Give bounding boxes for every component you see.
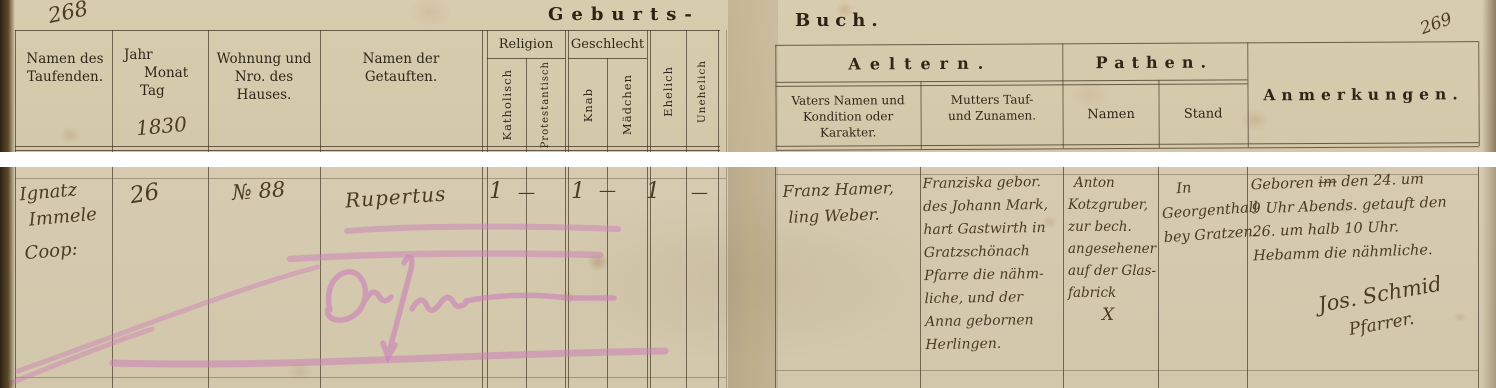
scanned-register-spread: 268 Geburts- Buch. 269 Namen d [0,0,1496,388]
left-page-number: 268 [46,0,90,28]
book-title-right: Buch. [795,10,884,31]
year-handwritten: 1830 [135,112,188,140]
group-header-religion: Religion [487,36,565,54]
entry-taufender: Ignatz Immele Coop: [18,176,100,267]
col-header-getaufte: Namen der Getauften. [356,50,446,86]
group-header-pathen: Pathen. [1068,51,1240,73]
book-edge-left-header [0,0,15,152]
entry-baptized-name: Rupertus [344,181,447,212]
col-header-ehelich: Ehelich [650,33,686,150]
col-header-pathen-stand: Stand [1159,105,1248,123]
col-header-taufender: Namen des Taufenden. [22,50,108,86]
priest-signature: Jos. Schmid Pfarrer. [1316,269,1449,350]
col-header-mutter: Mutters Tauf- und Zunamen. [944,91,1039,124]
col-header-wohnung: Wohnung und Nro. des Hauses. [214,50,314,105]
col-header-datum: Jahr Monat Tag [116,46,206,101]
entry-house-number: № 88 [231,177,286,205]
entry-godparent-status: In Georgenthall bey Gratzen. [1160,172,1261,251]
page-gutter-body [728,167,778,388]
entry-remarks: Geboren im den 24. um 9 Uhr Abends. geta… [1250,168,1448,269]
col-header-vater: Vaters Namen und Kondition oder Karakter… [781,92,914,141]
col-header-unehelich: Unehelich [686,33,718,150]
mark-knab: 1 [571,179,585,204]
book-title-left: Geburts- [548,4,700,25]
col-header-anmerkungen: Anmerkungen. [1252,84,1474,106]
page-edge-right-header [1482,0,1496,152]
mark-katholisch: 1 [489,179,503,204]
col-header-knab: Knab [568,58,607,152]
entry-day: 26 [128,179,161,209]
mark-unehelich: — [691,183,708,203]
book-edge-left-body [0,167,15,388]
header-slice: 268 Geburts- Buch. 269 Namen d [0,0,1496,152]
page-edge-right-body [1482,167,1496,388]
entry-godparent-name: Anton Kotzgruber, zur bech. angesehener … [1068,172,1156,326]
entry-father: Franz Hamer, ling Weber. [782,175,895,231]
entry-mother: Franziska gebor. des Johann Mark, hart G… [922,171,1050,357]
col-header-katholisch: Katholisch [487,58,526,152]
group-header-aeltern: Aeltern. [790,52,1050,75]
group-header-geschlecht: Geschlecht [568,36,647,54]
page-gutter-header [728,0,778,152]
entry-slice: Ignatz Immele Coop: 26 № 88 Rupertus 1 —… [0,167,1496,388]
mark-maedchen: — [599,181,616,201]
right-page-number: 269 [1418,9,1455,39]
col-header-maedchen: Mädchen [607,58,647,152]
mark-ehelich: 1 [646,179,660,204]
col-header-protestantisch: Protestantisch [526,58,565,152]
col-header-pathen-namen: Namen [1064,106,1159,124]
mark-protestantisch: — [518,183,535,203]
